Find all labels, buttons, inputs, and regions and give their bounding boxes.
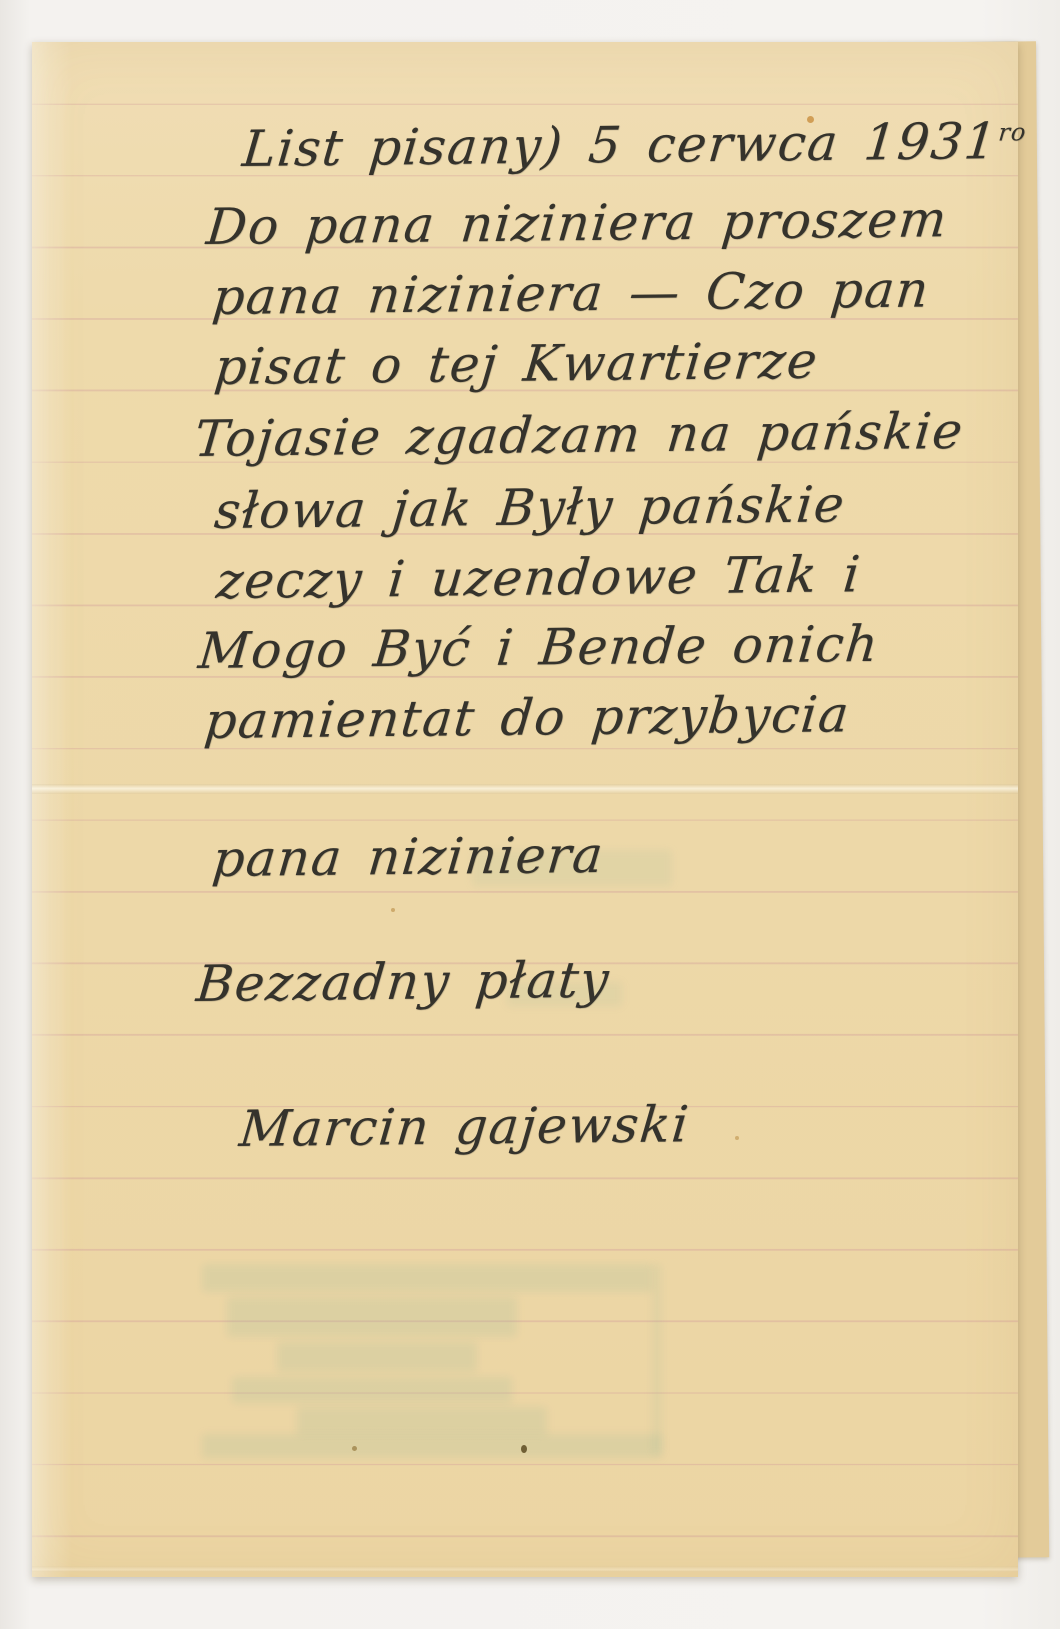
- handwriting-line: pana niziniera — Czo pan: [210, 261, 932, 326]
- paper-speck: [391, 908, 395, 912]
- handwriting-signature: Marcin gajewski: [237, 1095, 692, 1158]
- bleed-through-stain: [652, 1264, 662, 1454]
- bleed-through-stain: [277, 1342, 477, 1372]
- bleed-through-stain: [297, 1407, 547, 1435]
- handwriting-line: Do pana niziniera proszem: [204, 190, 951, 256]
- fold-crease-bottom: [32, 1566, 1018, 1572]
- handwriting-line: pisat o tej Kwartierze: [212, 332, 821, 396]
- handwriting-date-line: List pisany) 5 cerwca 1931ro: [240, 112, 1028, 178]
- bleed-through-stain: [202, 1264, 652, 1292]
- date-text: List pisany) 5 cerwca 1931: [240, 112, 1000, 178]
- fold-crease: [32, 784, 1018, 794]
- handwriting-line: zeczy i uzendowe Tak i: [214, 545, 864, 610]
- handwriting-line: pamientat do przybycia: [202, 685, 853, 750]
- paper-speck: [735, 1136, 739, 1140]
- bleed-through-stain: [202, 1434, 662, 1458]
- paper-speck: [352, 1446, 357, 1451]
- handwriting-line: Mogo Być i Bende onich: [196, 615, 882, 680]
- letter-paper: List pisany) 5 cerwca 1931ro Do pana niz…: [32, 42, 1018, 1577]
- handwriting-signoff-line: Bezzadny płaty: [194, 951, 612, 1013]
- handwriting-line: pana niziniera: [210, 826, 607, 888]
- handwriting-line: słowa jak Były pańskie: [212, 475, 848, 540]
- handwriting-line: Tojasie zgadzam na pańskie: [192, 402, 966, 468]
- bleed-through-stain: [227, 1297, 517, 1337]
- bleed-through-stain: [232, 1377, 512, 1403]
- date-superscript: ro: [997, 118, 1028, 146]
- paper-speck: [521, 1445, 527, 1453]
